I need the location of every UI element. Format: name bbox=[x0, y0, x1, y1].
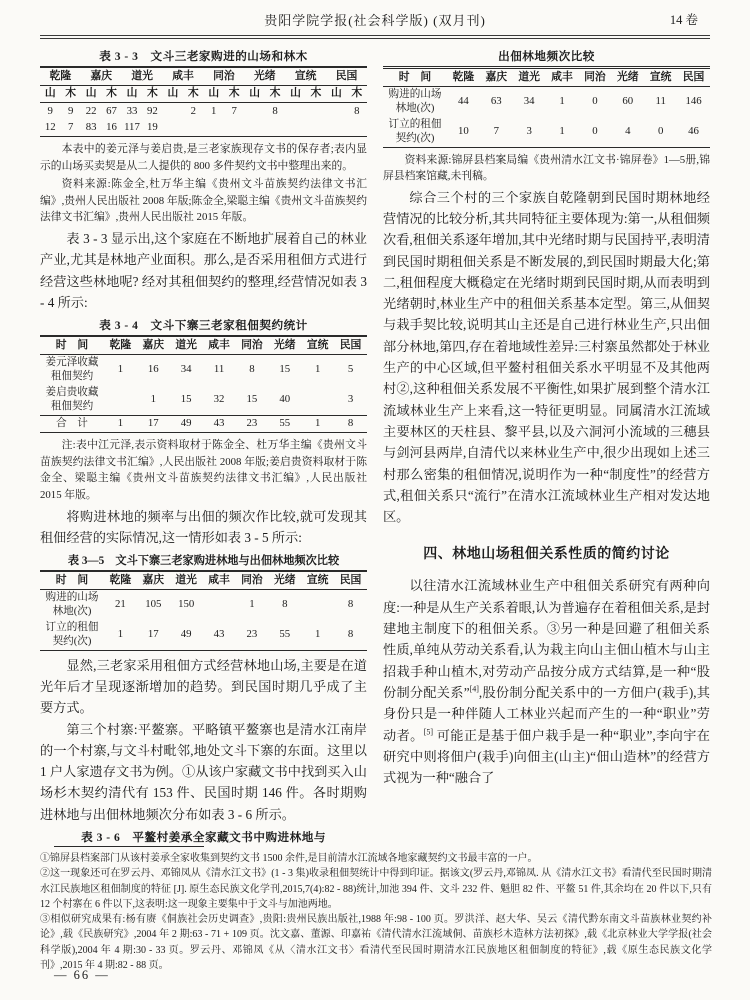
table-cell: 43 bbox=[203, 415, 236, 433]
page-number: — 66 — bbox=[54, 968, 110, 983]
table-cell: 8 bbox=[268, 589, 301, 620]
paragraph: 综合三个村的三个家族自乾隆朝到民国时期林地经营情况的比较分析,其共同特征主要体现… bbox=[383, 187, 710, 528]
table-row: 姜元泽收藏租佃契约116341181515 bbox=[40, 354, 367, 385]
column-header: 咸丰 bbox=[203, 336, 236, 354]
paragraph-text: 以往清水江流域林业生产中租佃关系研究有两种向度:一种是从生产关系着眼,认为普遍存… bbox=[383, 578, 710, 699]
table-body: 购进的山场林地(次)446334106011146订立的租佃契约(次)10731… bbox=[383, 86, 710, 147]
table-cell: 7 bbox=[224, 103, 244, 120]
table-cell: 49 bbox=[170, 415, 203, 433]
table-cell: 8 bbox=[334, 620, 367, 651]
column-header: 道光 bbox=[170, 336, 203, 354]
table-cell: 34 bbox=[513, 86, 546, 117]
table-3-6-caption-part1: 表 3 - 6 平鳌村姜承全家藏文书中购进林地与 bbox=[40, 829, 367, 844]
table-cell bbox=[347, 120, 367, 137]
journal-page: 贵阳学院学报(社会科学版) (双月刊) 14 卷 表 3 - 3 文斗三老家购进… bbox=[0, 0, 750, 1000]
table-cell bbox=[204, 120, 224, 137]
table-cell: 山 bbox=[244, 85, 264, 103]
table-cell: 8 bbox=[236, 354, 269, 385]
table-row: 订立的租佃契约(次)1174943235518 bbox=[40, 620, 367, 651]
table-3-5: 时 间 乾隆 嘉庆 道光 咸丰 同治 光绪 宣统 民国 购进的山场林地(次)21… bbox=[40, 570, 367, 651]
column-header: 光绪 bbox=[268, 571, 301, 589]
paragraph: 第三个村寨:平鳌寨。平略镇平鳌寨也是清水江南岸的一个村寨,与文斗村毗邻,地处文斗… bbox=[40, 719, 367, 825]
footnote-rule bbox=[54, 846, 204, 847]
column-header: 宣统 bbox=[301, 571, 334, 589]
table-cell: 63 bbox=[480, 86, 513, 117]
row-label: 合 计 bbox=[40, 415, 104, 433]
column-header: 民国 bbox=[677, 68, 710, 87]
footnotes-section: ①锦屏县档案部门从该村姜承全家收集到契约文书 1500 余件,是目前清水江流域各… bbox=[40, 846, 712, 973]
table-cell: 9 bbox=[60, 103, 80, 120]
left-column: 表 3 - 3 文斗三老家购进的山场和林木 乾隆 嘉庆 道光 咸丰 同治 光绪 … bbox=[40, 44, 367, 844]
table-cell: 7 bbox=[480, 117, 513, 148]
table-cell: 92 bbox=[142, 103, 162, 120]
table-cell: 山 bbox=[204, 85, 224, 103]
row-label: 订立的租佃契约(次) bbox=[40, 620, 104, 651]
footnote-marker: [4] bbox=[470, 685, 479, 694]
row-label: 姜元泽收藏租佃契约 bbox=[40, 354, 104, 385]
table-cell: 43 bbox=[203, 620, 236, 651]
column-header: 嘉庆 bbox=[137, 336, 170, 354]
table-cell: 山 bbox=[40, 85, 60, 103]
row-label: 姜启贵收藏租佃契约 bbox=[40, 385, 104, 416]
table-row: 姜启贵收藏租佃契约1153215403 bbox=[40, 385, 367, 416]
table-cell: 木 bbox=[142, 85, 162, 103]
era-header: 光绪 bbox=[244, 67, 285, 85]
table-cell: 木 bbox=[183, 85, 203, 103]
table-body: 姜元泽收藏租佃契约116341181515姜启贵收藏租佃契约1153215403… bbox=[40, 354, 367, 433]
footnote: ③相似研究成果有:杨有赓《侗族社会历史调查》,贵阳:贵州民族出版社,1988 年… bbox=[40, 912, 712, 973]
table-cell: 60 bbox=[611, 86, 644, 117]
table-cell bbox=[301, 385, 334, 416]
column-header: 民国 bbox=[334, 336, 367, 354]
paragraph: 以往清水江流域林业生产中租佃关系研究有两种向度:一种是从生产关系着眼,认为普遍存… bbox=[383, 575, 710, 788]
table-cell bbox=[203, 589, 236, 620]
table-cell: 山 bbox=[285, 85, 305, 103]
table-cell: 1 bbox=[301, 354, 334, 385]
table-3-4-caption: 表 3 - 4 文斗下寨三老家租佃契约统计 bbox=[40, 317, 367, 333]
table-row: 购进的山场林地(次)446334106011146 bbox=[383, 86, 710, 117]
row-label: 订立的租佃契约(次) bbox=[383, 117, 447, 148]
table-cell: 40 bbox=[268, 385, 301, 416]
table-3-6-caption-part2: 出佃林地频次比较 bbox=[383, 48, 710, 64]
table-cell: 15 bbox=[236, 385, 269, 416]
paragraph: 表 3 - 3 显示出,这个家庭在不断地扩展着自己的林业产业,尤其是林地产业面积… bbox=[40, 228, 367, 313]
table-cell bbox=[306, 120, 326, 137]
table-cell: 15 bbox=[268, 354, 301, 385]
era-header: 民国 bbox=[326, 67, 367, 85]
table-cell: 16 bbox=[101, 120, 121, 137]
table-cell: 11 bbox=[644, 86, 677, 117]
table-3-6: 时 间 乾隆 嘉庆 道光 咸丰 同治 光绪 宣统 民国 购进的山场林地(次)44… bbox=[383, 66, 710, 148]
table-row: 山木山木山木山木山木山木山木山木 bbox=[40, 85, 367, 103]
column-header: 道光 bbox=[513, 68, 546, 87]
table-cell: 木 bbox=[101, 85, 121, 103]
column-header: 同治 bbox=[236, 571, 269, 589]
table-cell: 4 bbox=[611, 117, 644, 148]
table-cell bbox=[183, 120, 203, 137]
era-header: 宣统 bbox=[285, 67, 326, 85]
table-cell: 19 bbox=[142, 120, 162, 137]
table-cell: 木 bbox=[265, 85, 285, 103]
page-header: 贵阳学院学报(社会科学版) (双月刊) 14 卷 bbox=[40, 10, 710, 36]
table-cell: 8 bbox=[334, 415, 367, 433]
paragraph: 将购进林地的频率与出佃的频次作比较,就可发现其租佃经营的实际情况,这一情形如表 … bbox=[40, 506, 367, 549]
table-cell: 山 bbox=[81, 85, 101, 103]
table-cell: 34 bbox=[170, 354, 203, 385]
page-content: 表 3 - 3 文斗三老家购进的山场和林木 乾隆 嘉庆 道光 咸丰 同治 光绪 … bbox=[40, 44, 710, 844]
header-rule bbox=[40, 35, 710, 39]
table-cell: 11 bbox=[203, 354, 236, 385]
table-cell bbox=[244, 103, 264, 120]
table-cell: 7 bbox=[60, 120, 80, 137]
table-body: 购进的山场林地(次)21105150188订立的租佃契约(次)117494323… bbox=[40, 589, 367, 650]
journal-title: 贵阳学院学报(社会科学版) (双月刊) bbox=[40, 10, 710, 29]
column-header: 同治 bbox=[579, 68, 612, 87]
table-cell: 木 bbox=[224, 85, 244, 103]
table-cell: 1 bbox=[546, 86, 579, 117]
table-cell: 1 bbox=[104, 620, 137, 651]
source-note: 资料来源:陈金全,杜万华主编《贵州文斗苗族契约法律文书汇编》,贵州人民出版社 2… bbox=[40, 176, 367, 226]
column-header: 民国 bbox=[334, 571, 367, 589]
table-cell: 49 bbox=[170, 620, 203, 651]
table-row: 时 间 乾隆 嘉庆 道光 咸丰 同治 光绪 宣统 民国 bbox=[383, 68, 710, 87]
table-cell bbox=[326, 120, 346, 137]
table-cell bbox=[163, 120, 183, 137]
column-header: 嘉庆 bbox=[137, 571, 170, 589]
table-cell: 0 bbox=[644, 117, 677, 148]
source-note: 资料来源:锦屏县档案局编《贵州清水江文书·锦屏卷》1—5册,锦屏县档案馆藏,未刊… bbox=[383, 152, 710, 185]
table-cell: 8 bbox=[334, 589, 367, 620]
table-cell: 16 bbox=[137, 354, 170, 385]
column-header: 乾隆 bbox=[104, 336, 137, 354]
column-header: 乾隆 bbox=[104, 571, 137, 589]
table-cell: 17 bbox=[137, 620, 170, 651]
table-cell: 117 bbox=[122, 120, 142, 137]
table-cell: 22 bbox=[81, 103, 101, 120]
table-row: 127831611719 bbox=[40, 120, 367, 137]
table-cell bbox=[104, 385, 137, 416]
table-cell: 46 bbox=[677, 117, 710, 148]
table-cell: 8 bbox=[265, 103, 285, 120]
table-cell: 木 bbox=[60, 85, 80, 103]
table-cell bbox=[306, 103, 326, 120]
table-cell: 83 bbox=[81, 120, 101, 137]
table-cell: 3 bbox=[334, 385, 367, 416]
table-cell: 44 bbox=[447, 86, 480, 117]
table-cell: 10 bbox=[447, 117, 480, 148]
column-header: 宣统 bbox=[644, 68, 677, 87]
table-3-5-caption: 表 3—5 文斗下寨三老家购进林地与出佃林地频次比较 bbox=[40, 552, 367, 568]
section-heading: 四、林地山场租佃关系性质的简约讨论 bbox=[383, 543, 710, 563]
table-cell: 1 bbox=[104, 415, 137, 433]
column-header: 宣统 bbox=[301, 336, 334, 354]
table-row: 时 间 乾隆 嘉庆 道光 咸丰 同治 光绪 宣统 民国 bbox=[40, 336, 367, 354]
table-cell: 8 bbox=[347, 103, 367, 120]
table-cell: 木 bbox=[306, 85, 326, 103]
table-row: 乾隆 嘉庆 道光 咸丰 同治 光绪 宣统 民国 bbox=[40, 67, 367, 85]
table-row: 订立的租佃契约(次)1073104046 bbox=[383, 117, 710, 148]
table-note: 注:表中江元泽,表示资料取材于陈金全、杜万华主编《贵州文斗苗族契约法律文书汇编》… bbox=[40, 437, 367, 503]
table-cell: 山 bbox=[122, 85, 142, 103]
right-column: 出佃林地频次比较 时 间 乾隆 嘉庆 道光 咸丰 同治 光绪 宣统 民国 bbox=[383, 44, 710, 844]
table-cell: 32 bbox=[203, 385, 236, 416]
table-cell bbox=[224, 120, 244, 137]
table-cell: 5 bbox=[334, 354, 367, 385]
table-cell: 1 bbox=[236, 589, 269, 620]
era-header: 咸丰 bbox=[163, 67, 204, 85]
column-header: 嘉庆 bbox=[480, 68, 513, 87]
table-3-3: 乾隆 嘉庆 道光 咸丰 同治 光绪 宣统 民国 山木山木山木山木山木山木山木山木… bbox=[40, 66, 367, 137]
era-header: 乾隆 bbox=[40, 67, 81, 85]
era-header: 道光 bbox=[122, 67, 163, 85]
table-cell: 山 bbox=[163, 85, 183, 103]
table-cell: 23 bbox=[236, 415, 269, 433]
column-header: 时 间 bbox=[40, 571, 104, 589]
era-header: 嘉庆 bbox=[81, 67, 122, 85]
table-3-3-caption: 表 3 - 3 文斗三老家购进的山场和林木 bbox=[40, 48, 367, 64]
column-header: 咸丰 bbox=[546, 68, 579, 87]
table-cell: 0 bbox=[579, 86, 612, 117]
column-header: 时 间 bbox=[40, 336, 104, 354]
table-cell bbox=[265, 120, 285, 137]
table-note: 本表中的姜元泽与姜启贵,是三老家族现存文书的保存者;表内显示的山场买卖契是从二人… bbox=[40, 141, 367, 174]
table-cell: 1 bbox=[546, 117, 579, 148]
table-cell bbox=[301, 589, 334, 620]
table-row: 购进的山场林地(次)21105150188 bbox=[40, 589, 367, 620]
paragraph: 显然,三老家采用租佃方式经营林地山场,主要是在道光年后才呈现逐渐增加的趋势。到民… bbox=[40, 655, 367, 719]
row-label: 购进的山场林地(次) bbox=[40, 589, 104, 620]
table-cell bbox=[163, 103, 183, 120]
table-body: 992267339221788127831611719 bbox=[40, 103, 367, 137]
table-cell: 0 bbox=[579, 117, 612, 148]
footnote-marker: [5] bbox=[424, 727, 433, 736]
table-cell: 9 bbox=[40, 103, 60, 120]
table-cell: 木 bbox=[347, 85, 367, 103]
table-cell bbox=[285, 103, 305, 120]
paragraph-text: 可能正是基于佃户栽手是一种“职业”,李向宇在研究中则将佃户(栽手)向佃主(山主)… bbox=[383, 728, 710, 786]
table-cell: 2 bbox=[183, 103, 203, 120]
table-cell: 1 bbox=[301, 620, 334, 651]
era-header: 同治 bbox=[204, 67, 245, 85]
table-cell bbox=[244, 120, 264, 137]
table-3-4: 时 间 乾隆 嘉庆 道光 咸丰 同治 光绪 宣统 民国 姜元泽收藏租佃契约116… bbox=[40, 335, 367, 433]
table-cell: 55 bbox=[268, 415, 301, 433]
column-header: 乾隆 bbox=[447, 68, 480, 87]
table-cell: 21 bbox=[104, 589, 137, 620]
table-cell: 3 bbox=[513, 117, 546, 148]
table-cell: 山 bbox=[326, 85, 346, 103]
column-header: 时 间 bbox=[383, 68, 447, 87]
table-cell: 1 bbox=[104, 354, 137, 385]
table-cell: 1 bbox=[301, 415, 334, 433]
table-cell: 55 bbox=[268, 620, 301, 651]
table-cell: 23 bbox=[236, 620, 269, 651]
row-label: 购进的山场林地(次) bbox=[383, 86, 447, 117]
table-row: 时 间 乾隆 嘉庆 道光 咸丰 同治 光绪 宣统 民国 bbox=[40, 571, 367, 589]
column-header: 咸丰 bbox=[203, 571, 236, 589]
table-subheader: 山木山木山木山木山木山木山木山木 bbox=[40, 85, 367, 103]
column-header: 道光 bbox=[170, 571, 203, 589]
table-cell: 146 bbox=[677, 86, 710, 117]
table-cell: 105 bbox=[137, 589, 170, 620]
column-header: 光绪 bbox=[268, 336, 301, 354]
table-cell: 33 bbox=[122, 103, 142, 120]
column-header: 同治 bbox=[236, 336, 269, 354]
table-cell: 17 bbox=[137, 415, 170, 433]
table-cell: 1 bbox=[137, 385, 170, 416]
table-cell: 150 bbox=[170, 589, 203, 620]
table-cell: 15 bbox=[170, 385, 203, 416]
table-cell: 1 bbox=[204, 103, 224, 120]
footnote: ①锦屏县档案部门从该村姜承全家收集到契约文书 1500 余件,是目前清水江流域各… bbox=[40, 851, 712, 866]
table-cell bbox=[285, 120, 305, 137]
footnote: ②这一现象还可在罗云丹、邓锦凤从《清水江文书》(1 - 3 集)收录租佃契统计中… bbox=[40, 866, 712, 912]
column-header: 光绪 bbox=[611, 68, 644, 87]
table-cell: 12 bbox=[40, 120, 60, 137]
table-row: 合 计1174943235518 bbox=[40, 415, 367, 433]
table-cell: 67 bbox=[101, 103, 121, 120]
volume-label: 14 卷 bbox=[670, 10, 698, 28]
table-row: 992267339221788 bbox=[40, 103, 367, 120]
table-cell bbox=[326, 103, 346, 120]
